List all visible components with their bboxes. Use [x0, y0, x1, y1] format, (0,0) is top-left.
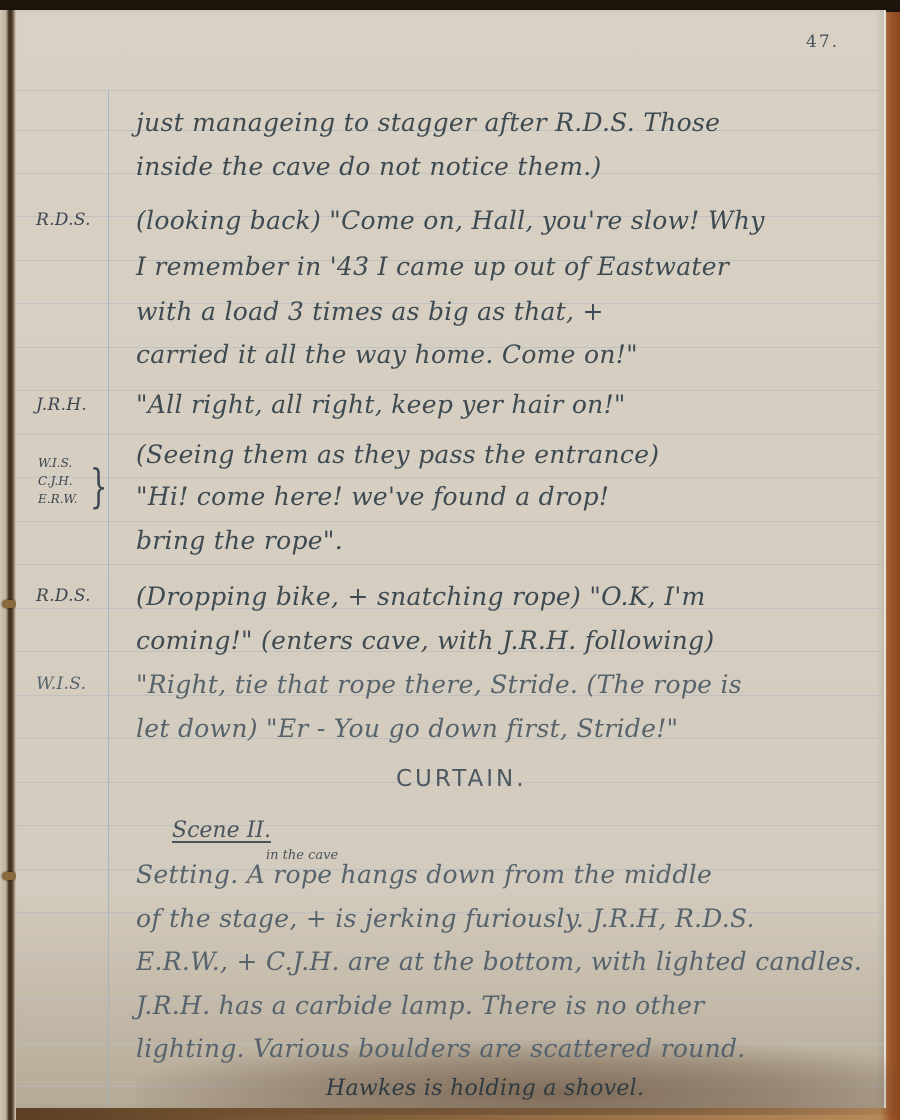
script-line: with a load 3 times as big as that, +	[136, 297, 604, 326]
speaker-label: J.R.H.	[36, 395, 87, 415]
speaker-label: W.I.S.	[38, 456, 72, 470]
scene-description-line: E.R.W., + C.J.H. are at the bottom, with…	[136, 947, 862, 976]
script-line: let down) "Er - You go down first, Strid…	[136, 714, 678, 743]
speaker-label: R.D.S.	[36, 586, 91, 606]
script-line: "Right, tie that rope there, Stride. (Th…	[136, 670, 742, 699]
rule-line	[16, 477, 884, 478]
scene-description-line: J.R.H. has a carbide lamp. There is no o…	[136, 991, 705, 1020]
rule-line	[16, 521, 884, 522]
script-line: just manageing to stagger after R.D.S. T…	[136, 108, 720, 137]
staple	[2, 872, 16, 880]
script-line: (Dropping bike, + snatching rope) "O.K, …	[136, 582, 706, 611]
script-line: (looking back) "Come on, Hall, you're sl…	[136, 206, 765, 235]
scene-heading: Scene II.	[172, 818, 271, 843]
speaker-label: R.D.S.	[36, 210, 91, 230]
speaker-label: C.J.H.	[38, 474, 73, 488]
scene-description-line: lighting. Various boulders are scattered…	[136, 1034, 746, 1063]
margin-line	[108, 90, 109, 1108]
scene-description-line: of the stage, + is jerking furiously. J.…	[136, 904, 755, 933]
rule-line	[16, 434, 884, 435]
speaker-label: W.I.S.	[36, 674, 86, 694]
notebook-binding	[0, 10, 16, 1120]
script-line: "All right, all right, keep yer hair on!…	[136, 390, 626, 419]
staple	[2, 600, 16, 608]
script-line: bring the rope".	[136, 526, 343, 555]
brace-icon: }	[90, 456, 108, 516]
rule-line	[16, 564, 884, 565]
script-line: coming!" (enters cave, with J.R.H. follo…	[136, 626, 714, 655]
page-number: 47.	[806, 32, 839, 52]
script-line: "Hi! come here! we've found a drop!	[136, 482, 609, 511]
curtain-label: CURTAIN.	[396, 766, 527, 792]
script-line: (Seeing them as they pass the entrance)	[136, 440, 659, 469]
scene-description-line: Hawkes is holding a shovel.	[326, 1076, 644, 1101]
rule-line	[16, 825, 884, 826]
photo-scene: 47. just manageing to stagger after R.D.…	[0, 0, 900, 1120]
script-line: I remember in '43 I came up out of Eastw…	[136, 252, 729, 281]
rule-line	[16, 90, 884, 91]
script-line: carried it all the way home. Come on!"	[136, 340, 638, 369]
notebook-page: 47. just manageing to stagger after R.D.…	[16, 10, 886, 1108]
group-speaker-labels: W.I.S. C.J.H. E.R.W. }	[34, 456, 114, 526]
speaker-label: E.R.W.	[38, 492, 77, 506]
script-line: inside the cave do not notice them.)	[136, 152, 602, 181]
scene-description-line: Setting. A rope hangs down from the midd…	[136, 860, 712, 889]
